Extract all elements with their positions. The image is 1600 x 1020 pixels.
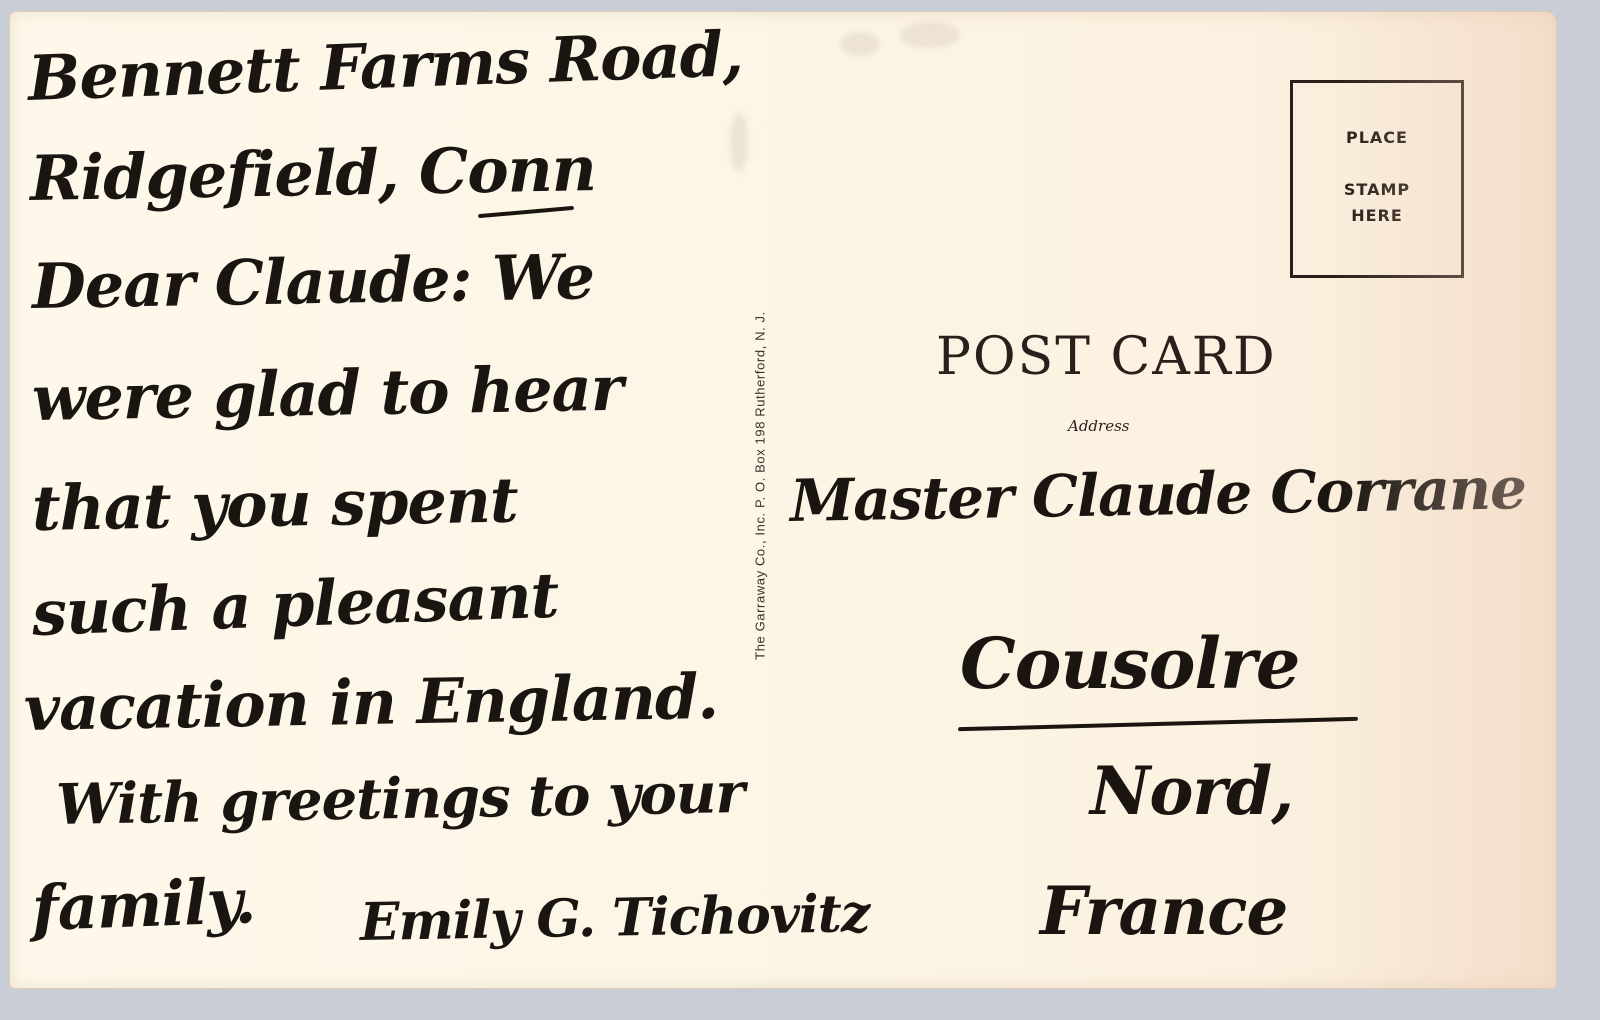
town-underline: [958, 717, 1358, 731]
stamp-text-here: HERE: [1351, 203, 1403, 229]
ink-stain: [900, 22, 960, 48]
message-line-8: With greetings to your: [55, 760, 744, 838]
message-line-4: were glad to hear: [31, 352, 623, 435]
ink-stain: [840, 32, 880, 56]
stamp-text-stamp: STAMP: [1344, 177, 1410, 203]
signature: Emily G. Tichovitz: [359, 883, 869, 953]
publisher-imprint: The Garraway Co., Inc. P. O. Box 198 Rut…: [753, 256, 768, 716]
address-label: Address: [1068, 417, 1129, 435]
message-line-1: Bennett Farms Road,: [27, 17, 744, 115]
message-line-6: such a pleasant: [31, 559, 560, 650]
message-line-5: that you spent: [31, 464, 518, 545]
recipient-country: France: [1040, 872, 1287, 950]
recipient-town: Cousolre: [960, 622, 1299, 705]
message-underline: [478, 206, 574, 218]
recipient-region: Nord,: [1090, 752, 1293, 830]
ink-stain: [730, 112, 748, 172]
message-line-2: Ridgefield, Conn: [29, 132, 596, 215]
stamp-box: PLACE STAMP HERE: [1290, 80, 1464, 278]
post-card-title: POST CARD: [936, 327, 1277, 387]
stamp-text-place: PLACE: [1346, 125, 1408, 151]
recipient-name: Master Claude Corrane: [789, 454, 1526, 535]
message-line-9: family.: [31, 864, 256, 945]
message-line-3: Dear Claude: We: [31, 240, 594, 323]
postcard: Bennett Farms Road, Ridgefield, Conn Dea…: [10, 12, 1556, 988]
message-line-7: vacation in England.: [23, 660, 718, 745]
